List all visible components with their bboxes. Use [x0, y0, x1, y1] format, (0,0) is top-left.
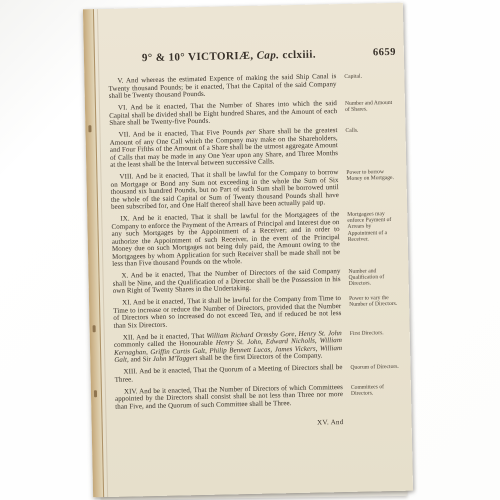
section-text: XII. And be it enacted, That William Ric… [114, 330, 343, 365]
act-section: V. And whereas the estimated Expence of … [108, 72, 396, 101]
margin-note: Capital. [344, 72, 396, 96]
section-text: VI. And be it enacted, That the Number o… [109, 100, 337, 127]
page-content: 9° & 10° VICTORIÆ, Cap. cclxiii. 6659 V.… [108, 47, 404, 433]
act-section: IX. And be it enacted, That it shall be … [111, 210, 400, 269]
margin-note: Power to borrow Money on Mortgage. [346, 168, 399, 207]
margin-note: Committees of Directors. [351, 382, 403, 406]
regnal-years: 9° & 10° [142, 51, 185, 64]
margin-note: Mortgagees may enforce Payment of Arrear… [347, 210, 400, 264]
section-text: VII. And be it enacted, That Five Pounds… [109, 127, 338, 169]
margin-note: Power to vary the Number of Directors. [349, 294, 402, 325]
catchword-row: XV. And [115, 411, 343, 434]
binding-edge [83, 9, 104, 497]
act-section: XIII. And be it enacted, That the Quorum… [114, 363, 402, 384]
act-section: VII. And be it enacted, That Five Pounds… [109, 126, 398, 170]
stitch-mark [88, 125, 91, 132]
running-header: 9° & 10° VICTORIÆ, Cap. cclxiii. 6659 [108, 47, 396, 69]
section-text: XIII. And be it enacted, That the Quorum… [114, 364, 342, 384]
margin-note: Number and Amount of Shares. [345, 99, 397, 123]
monarch-name: VICTORIÆ, [188, 50, 254, 63]
running-title: 9° & 10° VICTORIÆ, Cap. cclxiii. [108, 47, 396, 65]
act-section: X. And be it enacted, That the Number of… [112, 267, 400, 296]
margin-note: Quorum of Directors. [350, 363, 402, 379]
chapter-number: cclxiii. [282, 49, 316, 62]
section-text: X. And be it enacted, That the Number of… [112, 268, 340, 295]
section-text: XI. And be it enacted, That it shall be … [113, 295, 342, 330]
act-section: VI. And be it enacted, That the Number o… [109, 99, 397, 128]
document-page: 9° & 10° VICTORIÆ, Cap. cclxiii. 6659 V.… [83, 3, 413, 498]
act-sections: V. And whereas the estimated Expence of … [108, 72, 403, 411]
margin-note: Calls. [345, 126, 398, 165]
act-section: XIV. And be it enacted, That the Number … [115, 382, 403, 411]
margin-note: First Directors. [350, 328, 403, 359]
section-text: XIV. And be it enacted, That the Number … [115, 384, 343, 411]
photo-background: 9° & 10° VICTORIÆ, Cap. cclxiii. 6659 V.… [0, 0, 500, 500]
page-number: 6659 [373, 47, 396, 58]
section-text: VIII. And be it enacted, That it shall b… [110, 169, 339, 211]
chapter-label: Cap. [257, 49, 280, 61]
act-section: VIII. And be it enacted, That it shall b… [110, 168, 399, 212]
act-section: XII. And be it enacted, That William Ric… [114, 328, 403, 364]
margin-note: Number and Qualification of Directors. [348, 267, 400, 291]
catchword: XV. And [317, 418, 344, 427]
stitch-mark [93, 325, 96, 332]
act-section: XI. And be it enacted, That it shall be … [113, 294, 402, 330]
section-text: V. And whereas the estimated Expence of … [108, 73, 336, 100]
section-text: IX. And be it enacted, That it shall be … [111, 211, 340, 268]
stitch-mark [94, 390, 97, 397]
